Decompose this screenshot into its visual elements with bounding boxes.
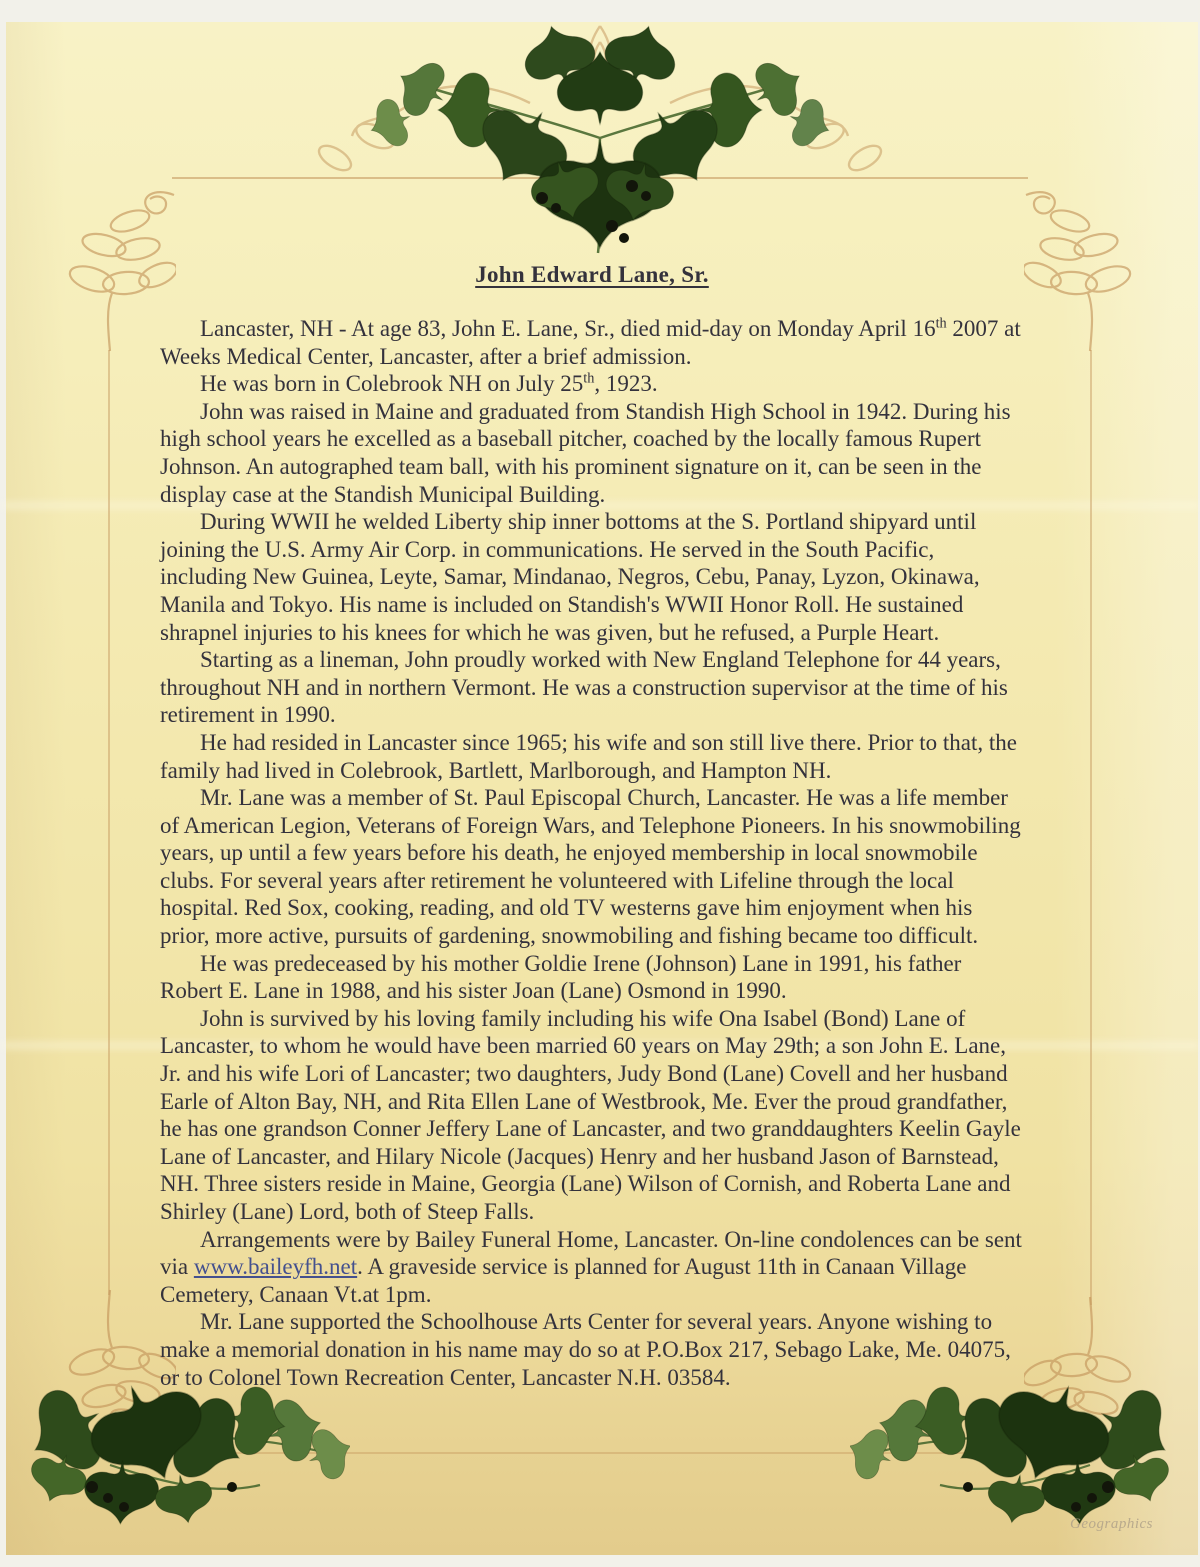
paragraph-8: He was predeceased by his mother Goldie … [160,950,1024,1005]
text-run: During WWII he welded Liberty ship inner… [160,509,980,644]
text-run: , 1923. [594,371,657,396]
corner-flourish-icon [1024,183,1154,353]
obituary-title: John Edward Lane, Sr. [160,262,1024,288]
paragraph-6: He had resided in Lancaster since 1965; … [160,729,1024,784]
paragraph-11: Mr. Lane supported the Schoolhouse Arts … [160,1308,1024,1391]
paragraph-2: He was born in Colebrook NH on July 25th… [160,370,1024,398]
text-run: He had resided in Lancaster since 1965; … [160,730,1017,783]
paragraph-10: Arrangements were by Bailey Funeral Home… [160,1226,1024,1309]
text-run: He was born in Colebrook NH on July 25 [200,371,583,396]
paragraph-7: Mr. Lane was a member of St. Paul Episco… [160,784,1024,950]
text-run: Starting as a lineman, John proudly work… [160,647,1008,727]
text-run: Mr. Lane supported the Schoolhouse Arts … [160,1309,1011,1389]
stationery-brand-watermark: Geographics [1070,1516,1153,1533]
paragraph-9: John is survived by his loving family in… [160,1005,1024,1226]
text-run: Lancaster, NH - At age 83, John E. Lane,… [200,316,936,341]
paragraph-1: Lancaster, NH - At age 83, John E. Lane,… [160,315,1024,370]
text-run: He was predeceased by his mother Goldie … [160,951,961,1004]
paragraph-5: Starting as a lineman, John proudly work… [160,646,1024,729]
obituary-content: John Edward Lane, Sr. Lancaster, NH - At… [160,262,1024,1391]
paragraph-3: John was raised in Maine and graduated f… [160,398,1024,508]
superscript: th [936,315,947,331]
baileyfh-link[interactable]: www.baileyfh.net [194,1254,357,1279]
text-run: John was raised in Maine and graduated f… [160,399,1011,507]
frame-left-line [108,350,110,1295]
text-run: Mr. Lane was a member of St. Paul Episco… [160,785,1021,948]
paragraph-4: During WWII he welded Liberty ship inner… [160,508,1024,646]
superscript: th [583,371,594,387]
frame-right-line [1090,350,1092,1305]
ivy-ornament-icon [280,8,920,270]
corner-flourish-icon [46,183,176,353]
text-run: John is survived by his loving family in… [160,1006,1021,1224]
scanned-obituary-page: John Edward Lane, Sr. Lancaster, NH - At… [0,0,1200,1567]
obituary-body: Lancaster, NH - At age 83, John E. Lane,… [160,315,1024,1391]
ivy-leaves [363,17,837,247]
